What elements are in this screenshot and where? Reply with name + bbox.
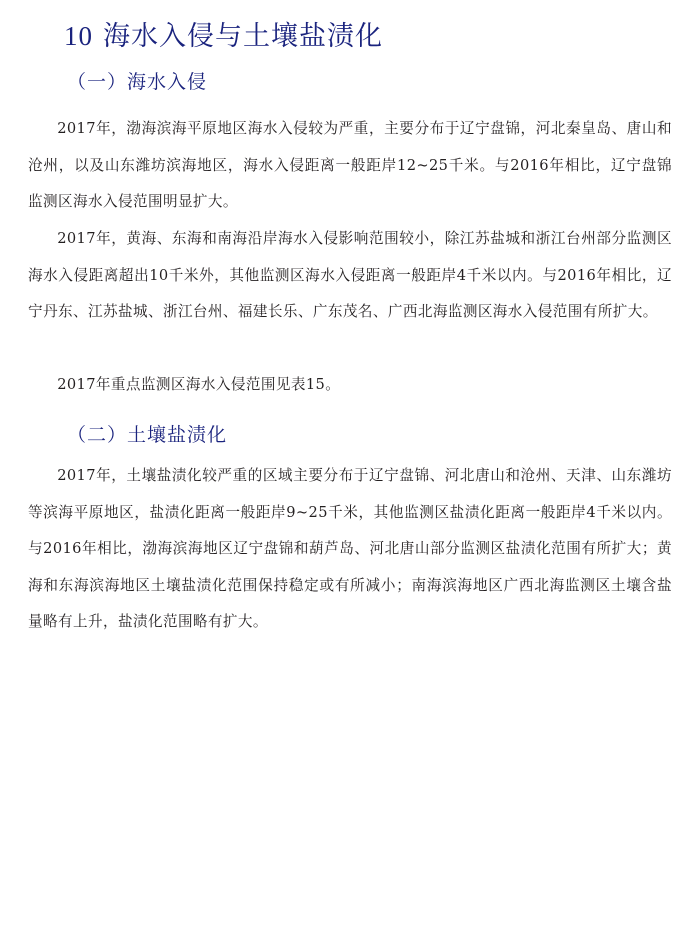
- section-heading-seawater-intrusion: （一）海水入侵: [67, 68, 207, 96]
- paragraph-other-seas-intrusion: 2017年，黄海、东海和南海沿岸海水入侵影响范围较小，除江苏盐城和浙江台州部分监…: [28, 221, 672, 331]
- paragraph-bohai-intrusion: 2017年，渤海滨海平原地区海水入侵较为严重，主要分布于辽宁盘锦，河北秦皇岛、唐…: [28, 111, 672, 221]
- chapter-title: 10海水入侵与土壤盐渍化: [64, 18, 383, 55]
- document-page: 10海水入侵与土壤盐渍化 （一）海水入侵 2017年，渤海滨海平原地区海水入侵较…: [0, 0, 700, 950]
- chapter-number: 10: [64, 21, 93, 51]
- section-heading-soil-salinization: （二）土壤盐渍化: [67, 421, 227, 449]
- chapter-title-text: 海水入侵与土壤盐渍化: [103, 21, 383, 52]
- paragraph-soil-salinization: 2017年，土壤盐渍化较严重的区域主要分布于辽宁盘锦、河北唐山和沧州、天津、山东…: [28, 458, 672, 641]
- paragraph-table-reference: 2017年重点监测区海水入侵范围见表15。: [28, 367, 672, 404]
